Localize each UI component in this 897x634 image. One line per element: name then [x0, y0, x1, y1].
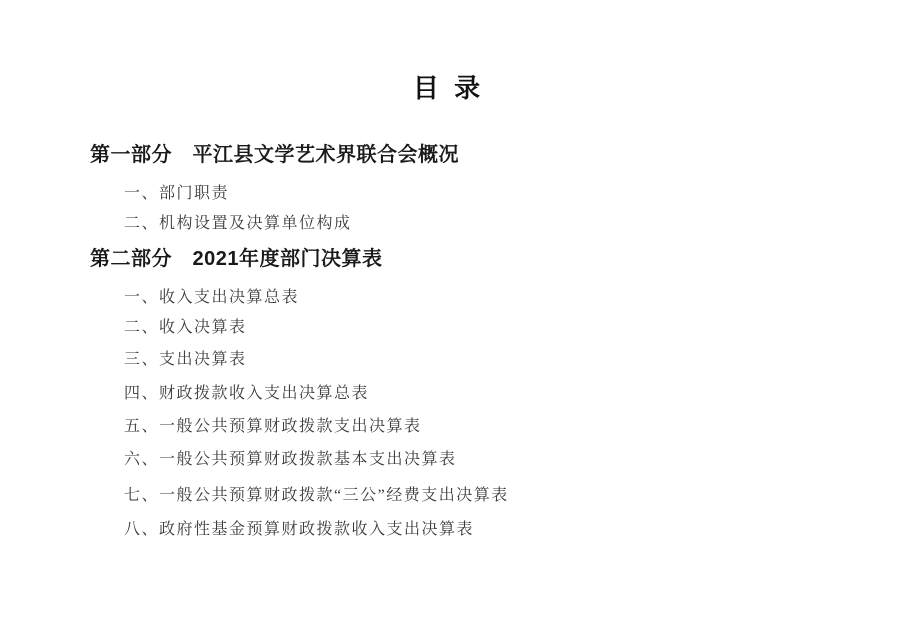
- toc-item: 七、一般公共预算财政拨款“三公”经费支出决算表: [124, 486, 509, 506]
- toc-item: 六、一般公共预算财政拨款基本支出决算表: [124, 450, 457, 470]
- section-1-heading: 第一部分 平江县文学艺术界联合会概况: [90, 143, 459, 167]
- toc-item: 一、收入支出决算总表: [124, 288, 299, 308]
- toc-item: 三、支出决算表: [124, 350, 247, 370]
- toc-item: 五、一般公共预算财政拨款支出决算表: [124, 417, 422, 437]
- toc-item: 二、收入决算表: [124, 318, 247, 338]
- toc-item: 四、财政拨款收入支出决算总表: [124, 384, 369, 404]
- toc-item: 八、政府性基金预算财政拨款收入支出决算表: [124, 520, 474, 540]
- page-title: 目 录: [0, 72, 897, 104]
- toc-item: 一、部门职责: [124, 184, 229, 204]
- document-page: 目 录 第一部分 平江县文学艺术界联合会概况 一、部门职责 二、机构设置及决算单…: [0, 0, 897, 634]
- section-2-heading: 第二部分 2021年度部门决算表: [90, 247, 383, 271]
- toc-item: 二、机构设置及决算单位构成: [124, 214, 352, 234]
